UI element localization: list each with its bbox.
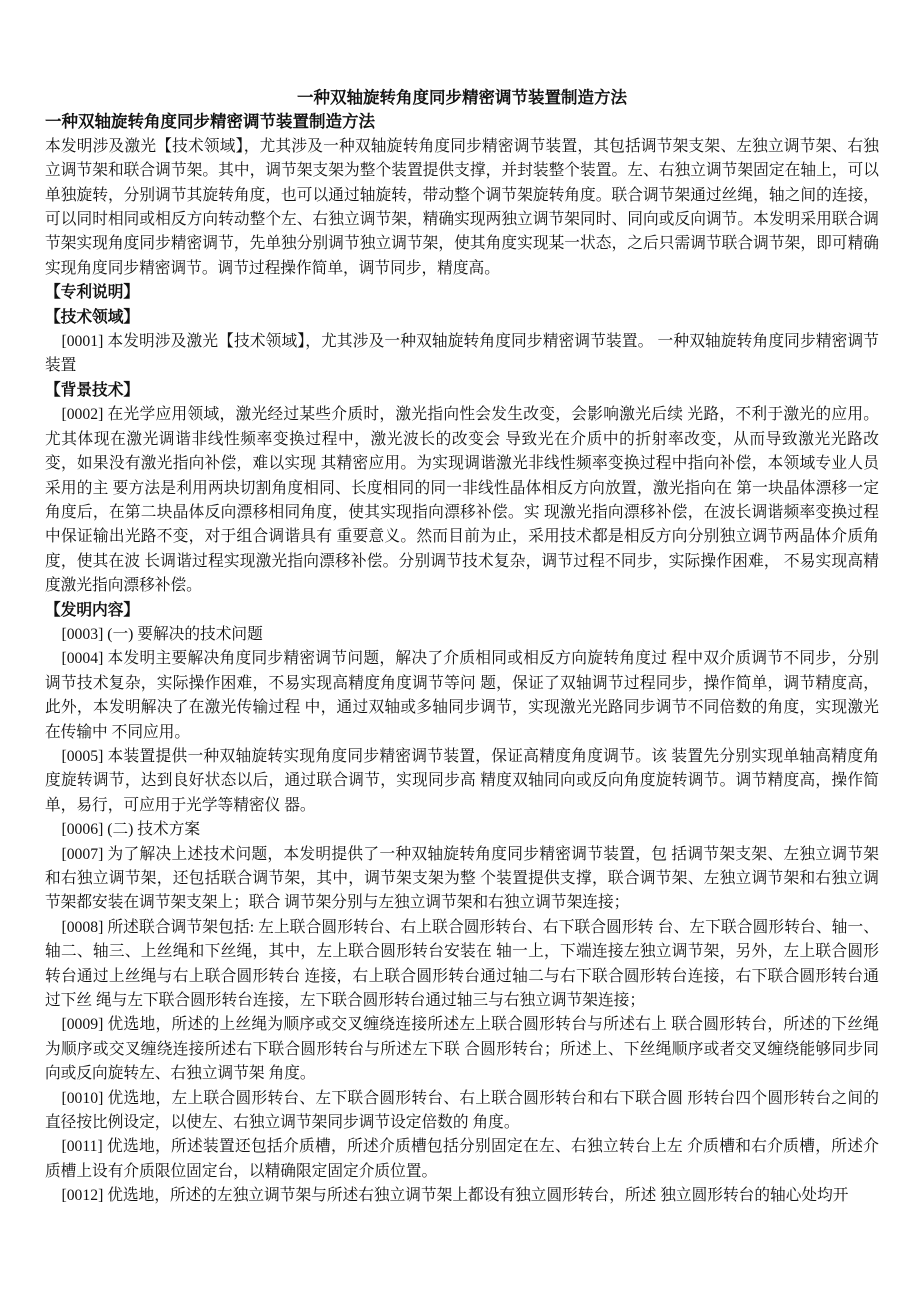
patent-subtitle: 一种双轴旋转角度同步精密调节装置制造方法 <box>45 110 879 134</box>
section-heading-technical-field: 【技术领域】 <box>45 306 879 330</box>
paragraph-0009: [0009] 优选地，所述的上丝绳为顺序或交叉缠绕连接所述左上联合圆形转台与所述… <box>45 1013 879 1086</box>
section-heading-invention-content: 【发明内容】 <box>45 599 879 623</box>
paragraph-0007: [0007] 为了解决上述技术问题，本发明提供了一种双轴旋转角度同步精密调节装置… <box>45 843 879 916</box>
section-heading-background-art: 【背景技术】 <box>45 379 879 403</box>
paragraph-0002: [0002] 在光学应用领域，激光经过某些介质时，激光指向性会发生改变，会影响激… <box>45 403 879 598</box>
abstract-paragraph: 本发明涉及激光【技术领域】，尤其涉及一种双轴旋转角度同步精密调节装置，其包括调节… <box>45 135 879 281</box>
paragraph-0004: [0004] 本发明主要解决角度同步精密调节问题，解决了介质相同或相反方向旋转角… <box>45 647 879 745</box>
patent-title: 一种双轴旋转角度同步精密调节装置制造方法 <box>45 86 879 110</box>
paragraph-0003: [0003] (一) 要解决的技术问题 <box>45 623 879 647</box>
patent-document-page: 一种双轴旋转角度同步精密调节装置制造方法 一种双轴旋转角度同步精密调节装置制造方… <box>0 0 920 1302</box>
paragraph-0008: [0008] 所述联合调节架包括: 左上联合圆形转台、右上联合圆形转台、右下联合… <box>45 916 879 1014</box>
section-heading-patent-description: 【专利说明】 <box>45 281 879 305</box>
paragraph-0005: [0005] 本装置提供一种双轴旋转实现角度同步精密调节装置，保证高精度角度调节… <box>45 745 879 818</box>
paragraph-0006: [0006] (二) 技术方案 <box>45 818 879 842</box>
paragraph-0012: [0012] 优选地，所述的左独立调节架与所述右独立调节架上都设有独立圆形转台，… <box>45 1184 879 1208</box>
paragraph-0011: [0011] 优选地，所述装置还包括介质槽，所述介质槽包括分别固定在左、右独立转… <box>45 1135 879 1184</box>
paragraph-0010: [0010] 优选地，左上联合圆形转台、左下联合圆形转台、右上联合圆形转台和右下… <box>45 1087 879 1136</box>
paragraph-0001: [0001] 本发明涉及激光【技术领域】，尤其涉及一种双轴旋转角度同步精密调节装… <box>45 330 879 379</box>
